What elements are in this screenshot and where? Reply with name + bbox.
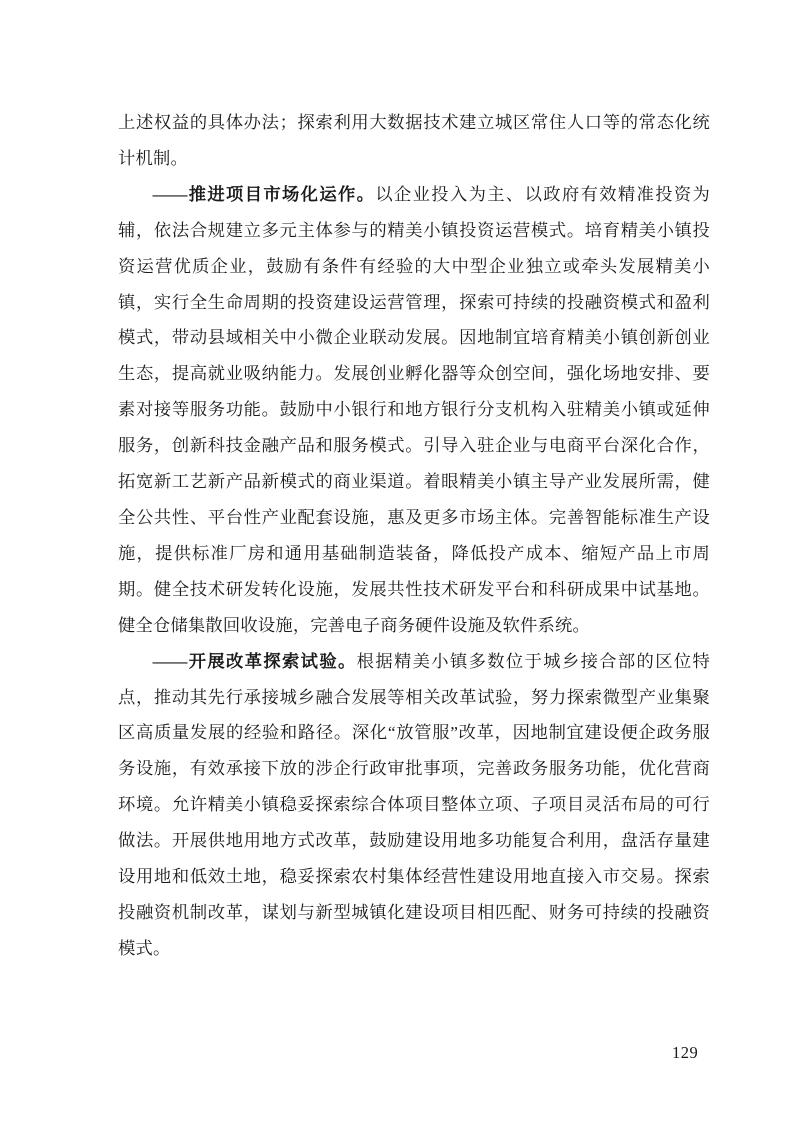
paragraph-text: 根据精美小镇多数位于城乡接合部的区位特点，推动其先行承接城乡融合发展等相关改革试… (118, 652, 710, 958)
paragraph: 上述权益的具体办法；探索利用大数据技术建立城区常住人口等的常态化统计机制。 (118, 105, 710, 177)
paragraph-lead: ——推进项目市场化运作。 (153, 185, 376, 204)
paragraph: ——开展改革探索试验。根据精美小镇多数位于城乡接合部的区位特点，推动其先行承接城… (118, 644, 710, 967)
document-page: 上述权益的具体办法；探索利用大数据技术建立城区常住人口等的常态化统计机制。 ——… (0, 0, 793, 1122)
document-body: 上述权益的具体办法；探索利用大数据技术建立城区常住人口等的常态化统计机制。 ——… (118, 105, 710, 967)
paragraph: ——推进项目市场化运作。以企业投入为主、以政府有效精准投资为辅，依法合规建立多元… (118, 177, 710, 644)
page-number: 129 (672, 1041, 698, 1065)
paragraph-text: 上述权益的具体办法；探索利用大数据技术建立城区常住人口等的常态化统计机制。 (118, 113, 710, 168)
paragraph-lead: ——开展改革探索试验。 (153, 652, 357, 671)
paragraph-text: 以企业投入为主、以政府有效精准投资为辅，依法合规建立多元主体参与的精美小镇投资运… (118, 185, 710, 635)
